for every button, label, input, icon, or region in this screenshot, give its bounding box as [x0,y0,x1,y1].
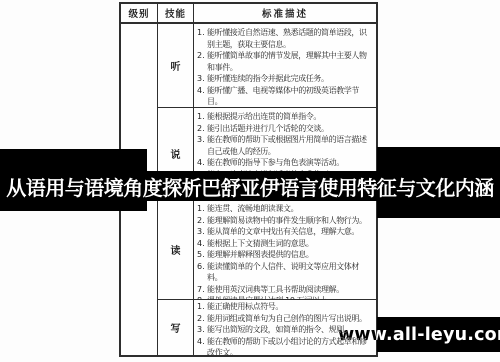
standard-item: 1.能正确使用标点符号。 [197,301,374,313]
item-number: 6. [197,261,207,284]
item-number: 1. [197,301,207,313]
item-text: 能连贯、流畅地朗读课文。 [207,203,374,215]
skill-header: 技能 [158,4,194,22]
item-text: 能听懂接近自然语速、熟悉话题的简单语段，识别主题，获取主要信息。 [207,27,374,50]
skill-label: 写 [158,300,194,355]
item-number: 2. [197,215,207,227]
item-number: 3. [197,134,207,157]
standard-item: 3.能从简单的文章中找出有关信息，理解大意。 [197,226,374,238]
item-number: 4. [197,238,207,250]
skill-label: 听 [158,24,194,107]
item-number: 2. [197,313,207,325]
item-text: 能听懂简单故事的情节发展，理解其中主要人物和事件。 [207,50,374,73]
item-text: 能在教师的指导下参与角色表演等活动。 [207,157,374,169]
scanned-page: 级别 技能 标准描述 听1.能听懂接近自然语速、熟悉话题的简单语段，识别主题，获… [0,0,500,362]
table-header-row: 技能 标准描述 [158,4,376,24]
item-number: 2. [197,123,207,135]
item-number: 1. [197,111,207,123]
standard-item: 1.能连贯、流畅地朗读课文。 [197,203,374,215]
standard-item: 2.能理解简易读物中的事件发生顺序和人物行为。 [197,215,374,227]
watermark-text: www.all-leyu.com [338,317,498,352]
standard-item: 4.能在教师的指导下参与角色表演等活动。 [197,157,374,169]
item-text: 能从简单的文章中找出有关信息，理解大意。 [207,226,374,238]
item-number: 3. [197,73,207,85]
item-number: 1. [197,27,207,50]
standard-item: 1.能根据提示给出连贯的简单指令。 [197,111,374,123]
item-number: 3. [197,226,207,238]
item-number: 4. [197,85,207,108]
item-text: 能根据提示给出连贯的简单指令。 [207,111,374,123]
item-number: 3. [197,324,207,336]
table-row-听: 听1.能听懂接近自然语速、熟悉话题的简单语段，识别主题，获取主要信息。2.能听懂… [158,24,376,108]
skill-label: 读 [158,200,194,299]
item-text: 能根据上下文猜测生词的意思。 [207,238,374,250]
standard-item: 5.能理解并解释图表提供的信息。 [197,249,374,261]
item-text: 能使用英汉词典等工具书帮助阅读理解。 [207,284,374,296]
standard-item: 2.能听懂简单故事的情节发展，理解其中主要人物和事件。 [197,50,374,73]
item-text: 能听懂广播、电视等媒体中的初级英语教学节目。 [207,85,374,108]
item-text: 能理解并解释图表提供的信息。 [207,249,374,261]
standard-item: 2.能引出话题并进行几个话轮的交谈。 [197,123,374,135]
standard-item: 4.能听懂广播、电视等媒体中的初级英语教学节目。 [197,85,374,108]
item-text: 能引出话题并进行几个话轮的交谈。 [207,123,374,135]
item-number: 8. [197,295,207,299]
table-row-读: 读1.能连贯、流畅地朗读课文。2.能理解简易读物中的事件发生顺序和人物行为。3.… [158,200,376,300]
item-number: 1. [197,203,207,215]
description-header: 标准描述 [194,4,376,22]
level-header: 级别 [121,4,157,24]
standard-item: 6.能读懂简单的个人信件、说明文等应用文体材料。 [197,261,374,284]
item-number: 2. [197,50,207,73]
item-number: 4. [197,336,207,356]
item-text: 能在教师的帮助下或根据图片用简单的语言描述自己或他人的经历。 [207,134,374,157]
description-cell: 1.能听懂接近自然语速、熟悉话题的简单语段，识别主题，获取主要信息。2.能听懂简… [194,24,376,107]
item-text: 能读懂简单的个人信件、说明文等应用文体材料。 [207,261,374,284]
item-number: 7. [197,284,207,296]
standard-item: 7.能使用英汉词典等工具书帮助阅读理解。 [197,284,374,296]
standard-item: 4.能根据上下文猜测生词的意思。 [197,238,374,250]
item-text: 能听懂连续的指令并据此完成任务。 [207,73,374,85]
title-overlay-text: 从语用与语境角度探析巴舒亚伊语言使用特征与文化内涵 [0,171,500,201]
item-text: 课外阅读量应累计达到 10 万词以上。 [207,295,374,299]
item-text: 能正确使用标点符号。 [207,301,374,313]
standard-item: 3.能听懂连续的指令并据此完成任务。 [197,73,374,85]
item-number: 5. [197,249,207,261]
standard-item: 3.能在教师的帮助下或根据图片用简单的语言描述自己或他人的经历。 [197,134,374,157]
description-cell: 1.能连贯、流畅地朗读课文。2.能理解简易读物中的事件发生顺序和人物行为。3.能… [194,200,376,299]
standard-item: 1.能听懂接近自然语速、熟悉话题的简单语段，识别主题，获取主要信息。 [197,27,374,50]
item-text: 能理解简易读物中的事件发生顺序和人物行为。 [207,215,374,227]
item-number: 4. [197,157,207,169]
standard-item: 8.课外阅读量应累计达到 10 万词以上。 [197,295,374,299]
